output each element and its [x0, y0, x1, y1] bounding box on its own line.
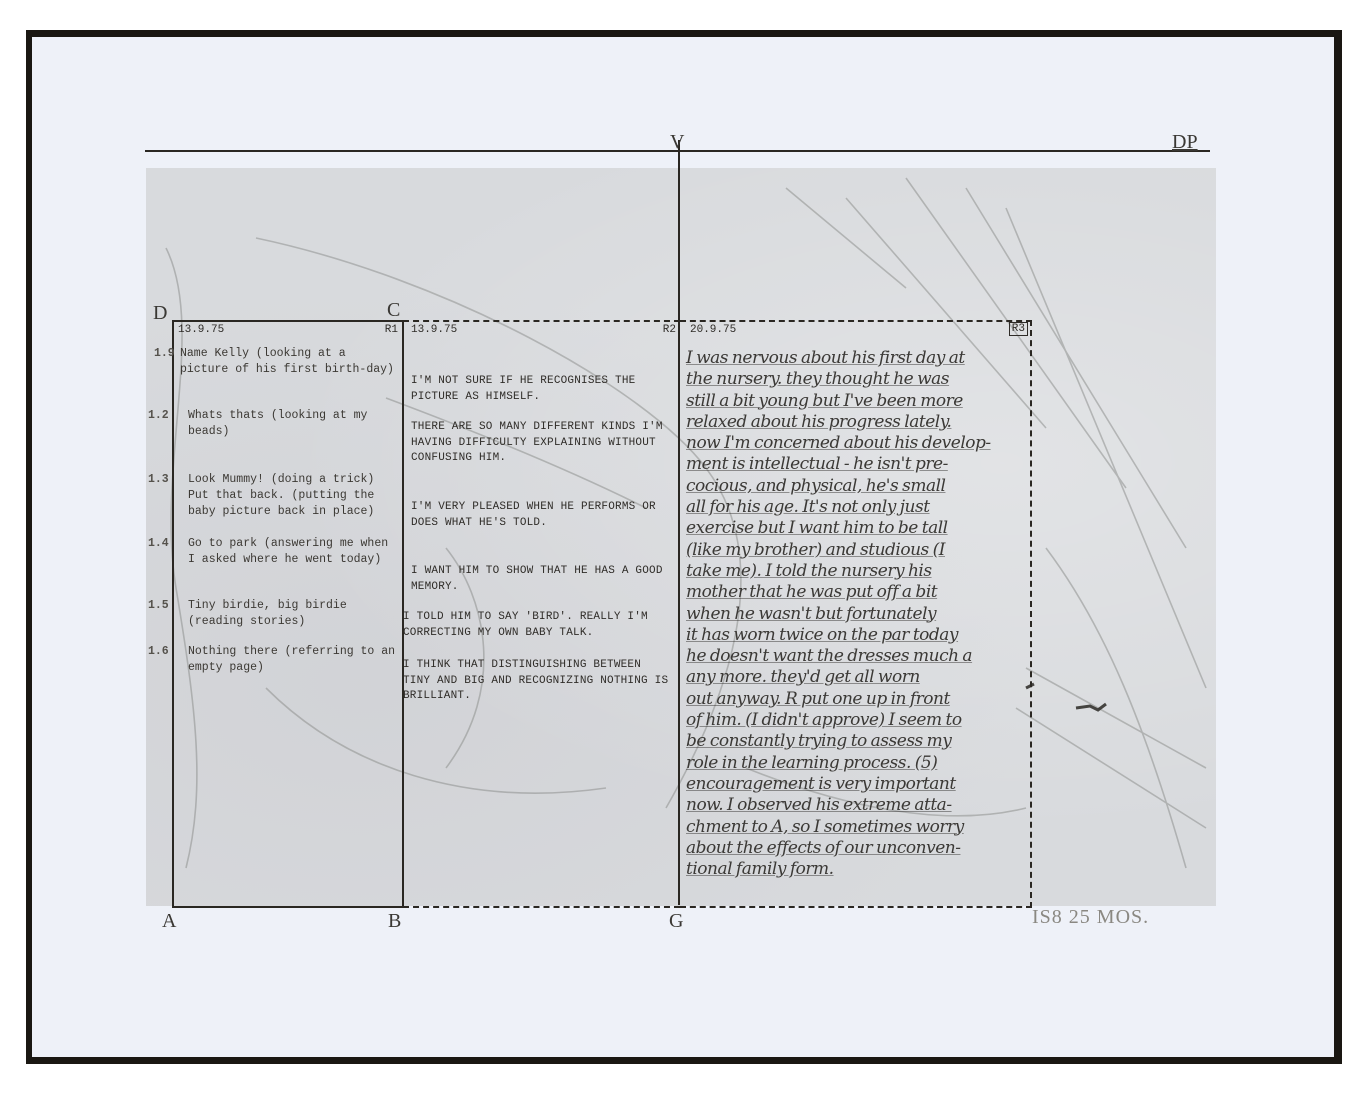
- handwritten-line: chment to A, so I sometimes worry: [686, 817, 1024, 838]
- utterance-text: Tiny birdie, big birdie (reading stories…: [188, 599, 347, 628]
- utterance-text: Name Kelly (looking at a picture of his …: [180, 347, 394, 376]
- panel-r3-tag: R3: [1009, 322, 1028, 336]
- handwritten-line: ment is intellectual - he isn't pre-: [686, 454, 1024, 475]
- utterance-number: 1.6: [148, 644, 169, 660]
- handwritten-line: now I'm concerned about his develop-: [686, 433, 1024, 454]
- comment-paragraph: I TOLD HIM TO SAY 'BIRD'. REALLY I'M COR…: [403, 610, 673, 641]
- panel-r1-child-utterances: 13.9.75 R1 1.9 Name Kelly (looking at a …: [172, 320, 404, 908]
- utterance-entry: 1.5 Tiny birdie, big birdie (reading sto…: [188, 598, 400, 630]
- handwritten-line: tional family form.: [686, 859, 1024, 880]
- comment-paragraph: I THINK THAT DISTINGUISHING BETWEEN TINY…: [403, 658, 673, 705]
- handwritten-line: take me). I told the nursery his: [686, 561, 1024, 582]
- comment-paragraph: I'M NOT SURE IF HE RECOGNISES THE PICTUR…: [411, 374, 681, 405]
- handwritten-line: it has worn twice on the par today: [686, 625, 1024, 646]
- handwritten-line: any more. they'd get all worn: [686, 667, 1024, 688]
- corner-label-d: D: [153, 303, 167, 323]
- comment-paragraph: THERE ARE SO MANY DIFFERENT KINDS I'M HA…: [411, 420, 681, 467]
- panel-r1-tag: R1: [385, 324, 398, 336]
- handwritten-line: cocious, and physical, he's small: [686, 476, 1024, 497]
- handwritten-line: relaxed about his progress lately.: [686, 412, 1024, 433]
- utterance-number: 1.9: [154, 346, 175, 362]
- corner-label-c: C: [387, 300, 400, 320]
- handwritten-line: encouragement is very important: [686, 774, 1024, 795]
- panel-r3-date: 20.9.75: [690, 324, 736, 336]
- handwritten-line: mother that he was put off a bit: [686, 582, 1024, 603]
- handwritten-line: role in the learning process. (5): [686, 753, 1024, 774]
- handwritten-line: the nursery. they thought he was: [686, 369, 1024, 390]
- comment-paragraph: I'M VERY PLEASED WHEN HE PERFORMS OR DOE…: [411, 500, 681, 531]
- utterance-text: Go to park (answering me when I asked wh…: [188, 537, 388, 566]
- utterance-number: 1.4: [148, 536, 169, 552]
- utterance-entry: 1.9 Name Kelly (looking at a picture of …: [180, 346, 400, 378]
- handwritten-line: out anyway. R put one up in front: [686, 689, 1024, 710]
- handwritten-text: I was nervous about his first day at the…: [686, 348, 1024, 880]
- utterance-entry: 1.4 Go to park (answering me when I aske…: [188, 536, 400, 568]
- panel-r1-date: 13.9.75: [178, 324, 224, 336]
- handwritten-line: of him. (I didn't approve) I seem to: [686, 710, 1024, 731]
- corner-label-a: A: [162, 911, 176, 931]
- utterance-entry: 1.6 Nothing there (referring to an empty…: [188, 644, 400, 676]
- panel-r2-date: 13.9.75: [411, 324, 457, 336]
- utterance-text: Look Mummy! (doing a trick) Put that bac…: [188, 473, 374, 518]
- utterance-entry: 1.2 Whats thats (looking at my beads): [188, 408, 400, 440]
- utterance-entry: 1.3 Look Mummy! (doing a trick) Put that…: [188, 472, 400, 520]
- handwritten-line: now. I observed his extreme atta-: [686, 795, 1024, 816]
- panel-r2-mother-comments: 13.9.75 R2 I'M NOT SURE IF HE RECOGNISES…: [403, 320, 680, 908]
- utterance-number: 1.5: [148, 598, 169, 614]
- subject-age-caption: IS8 25 MOS.: [1032, 906, 1149, 929]
- handwritten-line: about the effects of our unconven-: [686, 838, 1024, 859]
- axis-label-v: V: [670, 132, 684, 152]
- handwritten-line: exercise but I want him to be tall: [686, 518, 1024, 539]
- handwritten-line: I was nervous about his first day at: [686, 348, 1024, 369]
- utterance-text: Whats thats (looking at my beads): [188, 409, 367, 438]
- handwritten-line: (like my brother) and studious (I: [686, 540, 1024, 561]
- corner-label-b: B: [388, 911, 401, 931]
- corner-label-g: G: [669, 911, 683, 931]
- handwritten-line: be constantly trying to assess my: [686, 731, 1024, 752]
- utterance-number: 1.3: [148, 472, 169, 488]
- utterance-number: 1.2: [148, 408, 169, 424]
- handwritten-line: he doesn't want the dresses much a: [686, 646, 1024, 667]
- comment-paragraph: I WANT HIM TO SHOW THAT HE HAS A GOOD ME…: [411, 564, 681, 595]
- handwritten-line: all for his age. It's not only just: [686, 497, 1024, 518]
- axis-label-dp: DP: [1172, 132, 1198, 152]
- panel-r3-handwritten-note: 20.9.75 R3 I was nervous about his first…: [680, 320, 1032, 908]
- handwritten-line: still a bit young but I've been more: [686, 391, 1024, 412]
- handwritten-line: when he wasn't but fortunately: [686, 604, 1024, 625]
- panel-r2-tag: R2: [663, 324, 676, 336]
- utterance-text: Nothing there (referring to an empty pag…: [188, 645, 395, 674]
